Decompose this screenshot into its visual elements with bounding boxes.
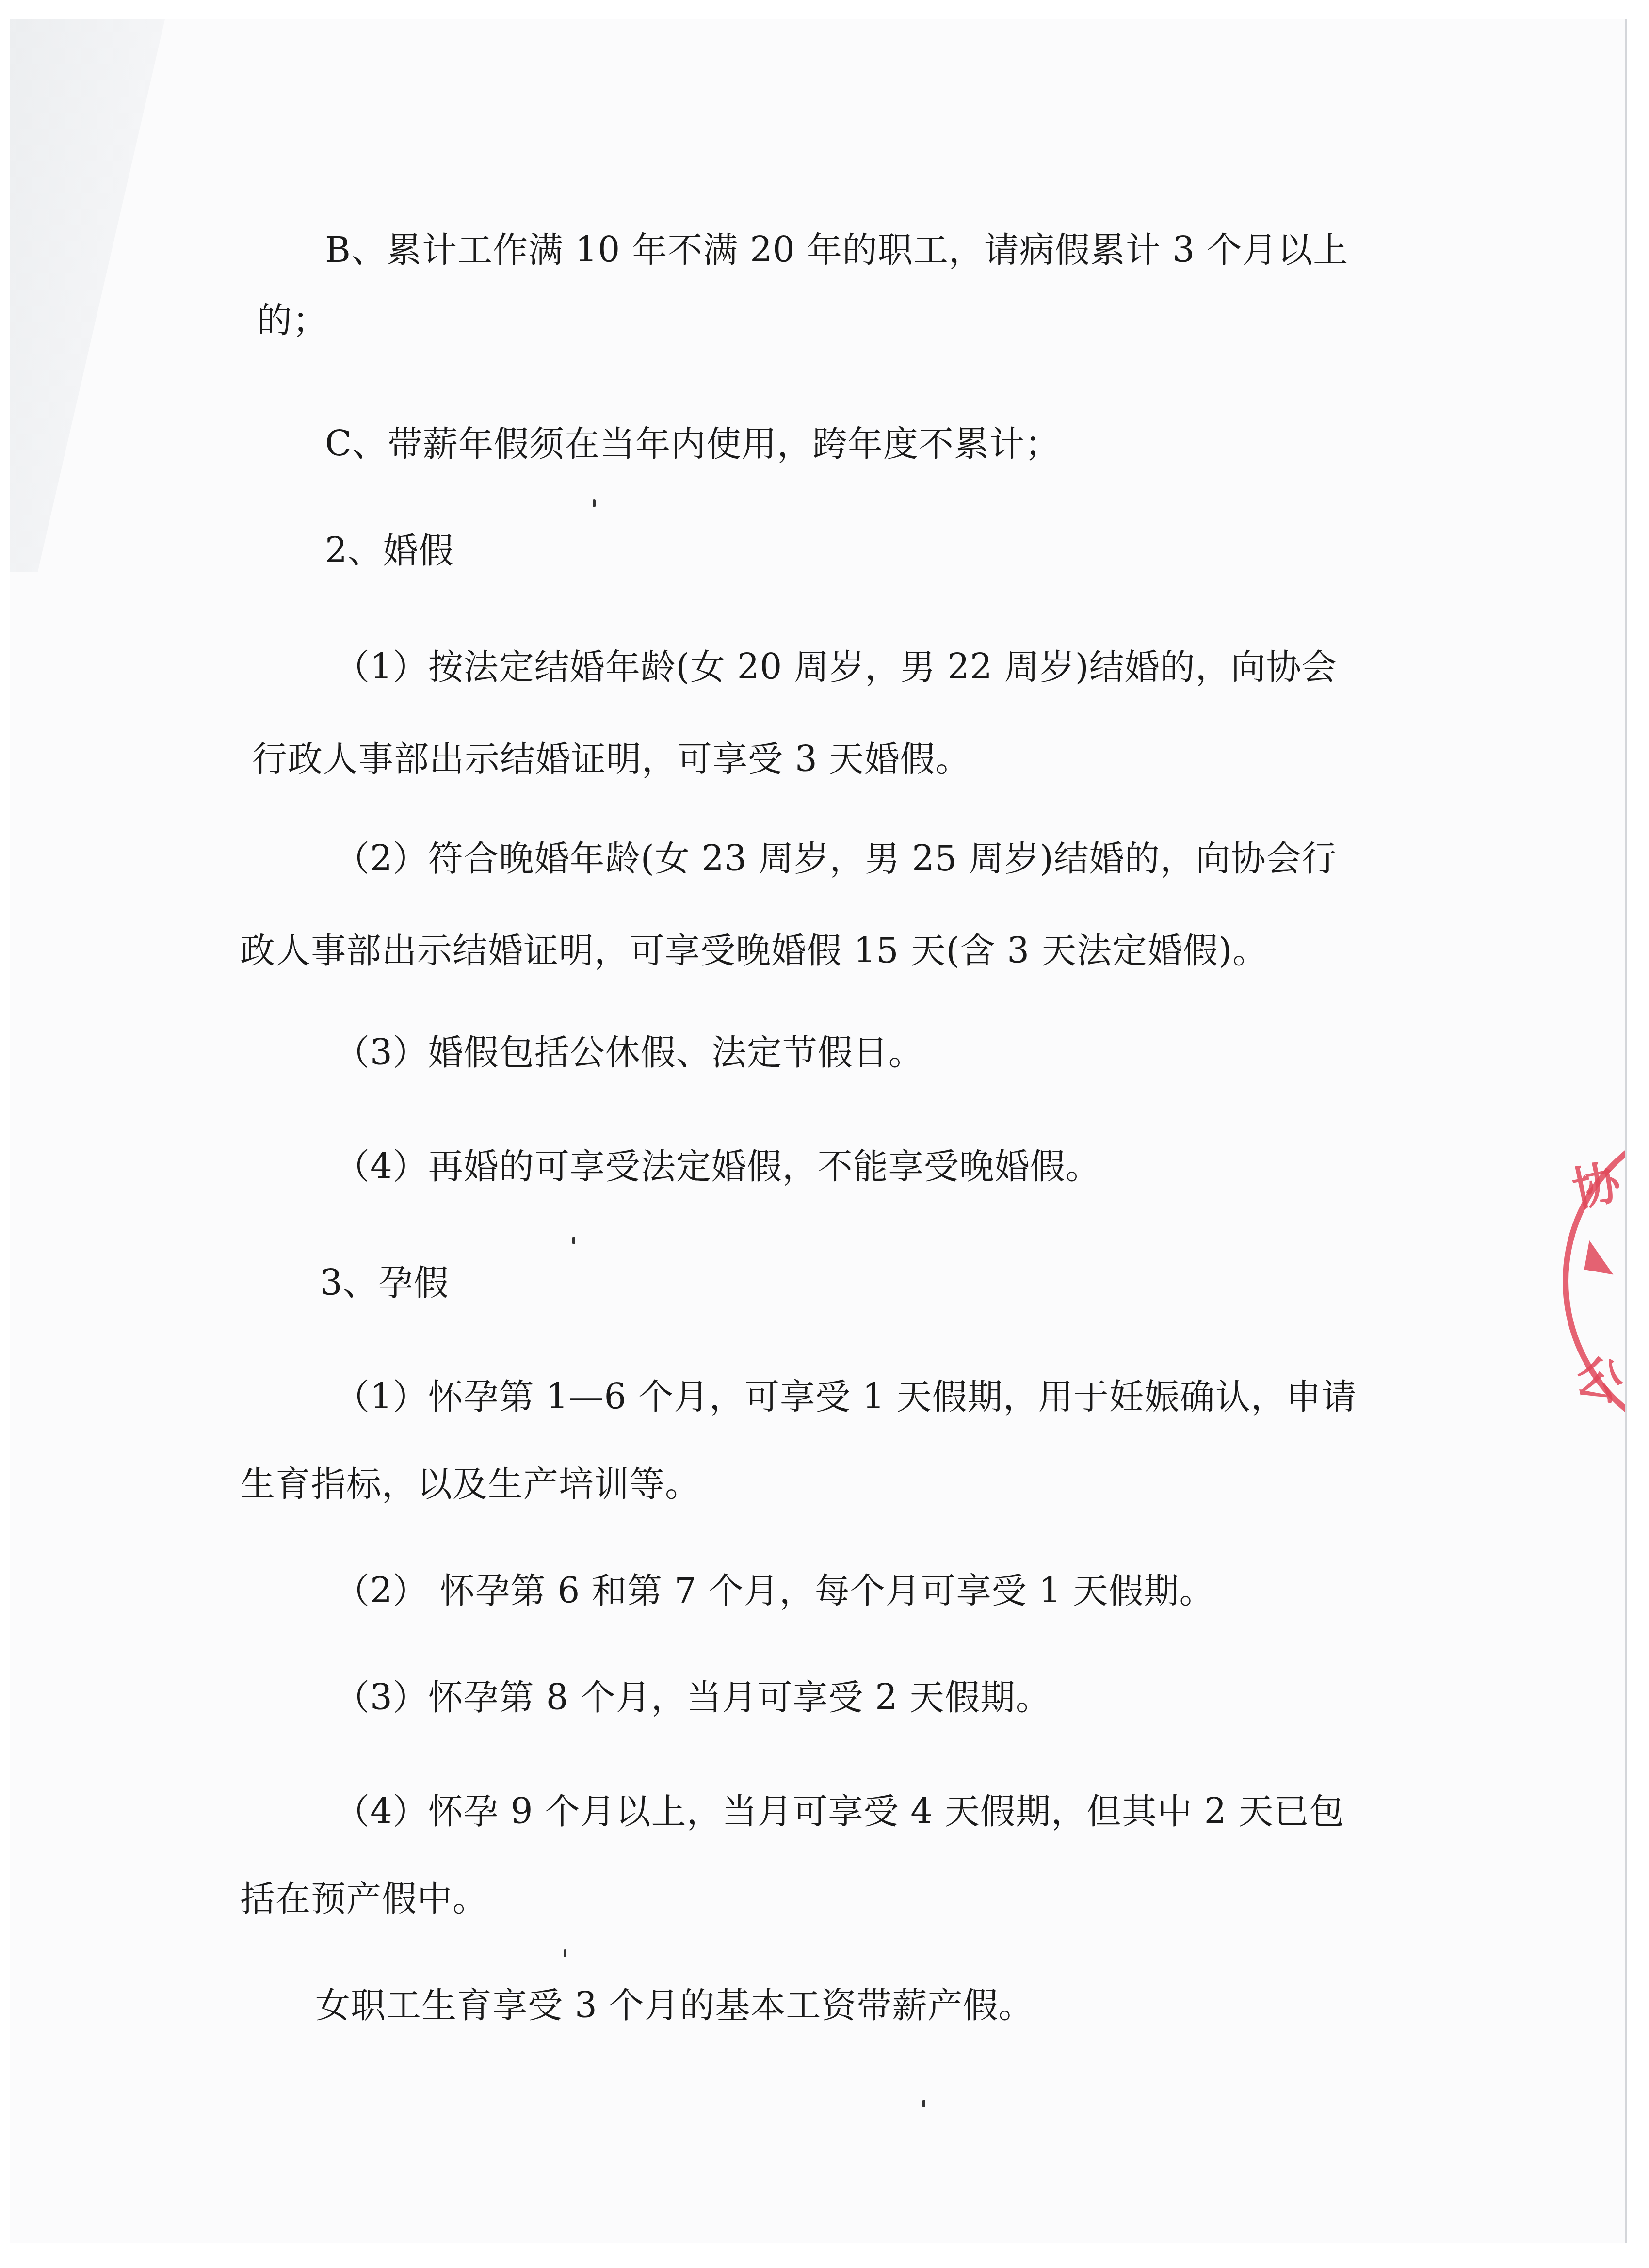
pregnancy-item-3: （3）怀孕第 8 个月，当月可享受 2 天假期。 bbox=[335, 1675, 1051, 1719]
red-seal-stamp: 协 ◣ 公 bbox=[1563, 1115, 1625, 1440]
speck bbox=[593, 499, 596, 507]
clause-c: C、带薪年假须在当年内使用，跨年度不累计； bbox=[325, 422, 1060, 466]
speck bbox=[922, 2100, 925, 2107]
clause-b-line-2: 的； bbox=[257, 298, 328, 342]
marriage-item-2-line-2: 政人事部出示结婚证明，可享受晚婚假 15 天(含 3 天法定婚假)。 bbox=[240, 929, 1268, 972]
marriage-item-3: （3）婚假包括公休假、法定节假日。 bbox=[335, 1030, 924, 1074]
marriage-item-1-line-1: （1）按法定结婚年龄(女 20 周岁，男 22 周岁)结婚的，向协会 bbox=[335, 645, 1337, 689]
speck bbox=[564, 1949, 566, 1957]
pregnancy-item-4-line-2: 括在预产假中。 bbox=[240, 1877, 488, 1920]
marriage-item-1-line-2: 行政人事部出示结婚证明，可享受 3 天婚假。 bbox=[252, 737, 971, 781]
pregnancy-item-1-line-2: 生育指标，以及生产培训等。 bbox=[240, 1462, 700, 1506]
heading-pregnancy-leave: 3、孕假 bbox=[320, 1261, 449, 1304]
clause-b-line-1: B、累计工作满 10 年不满 20 年的职工，请病假累计 3 个月以上 bbox=[325, 228, 1348, 272]
pregnancy-item-4-line-1: （4）怀孕 9 个月以上，当月可享受 4 天假期，但其中 2 天已包 bbox=[335, 1789, 1345, 1833]
pregnancy-item-1-line-1: （1）怀孕第 1—6 个月，可享受 1 天假期，用于妊娠确认，申请 bbox=[335, 1375, 1357, 1418]
marriage-item-4: （4）再婚的可享受法定婚假，不能享受晚婚假。 bbox=[335, 1144, 1101, 1188]
maternity-leave-statement: 女职工生育享受 3 个月的基本工资带薪产假。 bbox=[315, 1983, 1034, 2027]
heading-marriage-leave: 2、婚假 bbox=[325, 529, 454, 572]
speck bbox=[572, 1237, 575, 1244]
marriage-item-2-line-1: （2）符合晚婚年龄(女 23 周岁，男 25 周岁)结婚的，向协会行 bbox=[335, 836, 1337, 880]
pregnancy-item-2: （2） 怀孕第 6 和第 7 个月，每个月可享受 1 天假期。 bbox=[335, 1569, 1214, 1612]
seal-char-1: 协 bbox=[1566, 1145, 1625, 1220]
